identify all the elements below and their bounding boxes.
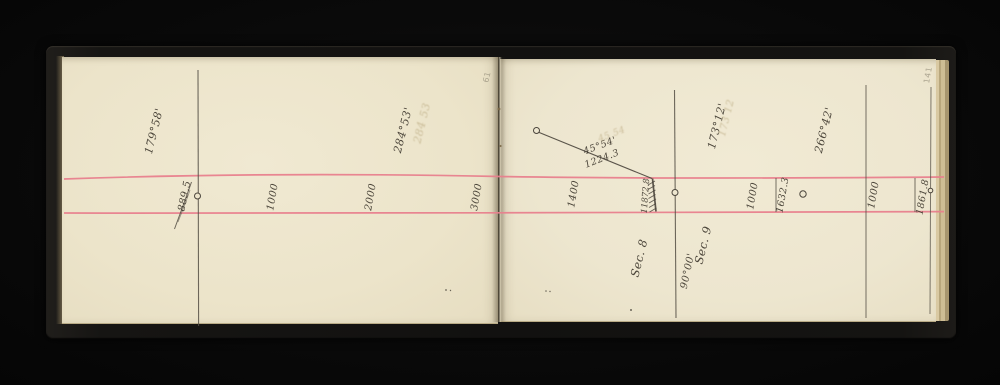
photo-scene: 179°58' 284°53' 284 53 889.5 1000 2000 3… bbox=[0, 0, 1000, 385]
ink-dots bbox=[445, 289, 632, 311]
station-circle bbox=[534, 128, 540, 134]
station-circle bbox=[195, 193, 201, 199]
station-circle bbox=[672, 190, 678, 196]
station-circle bbox=[800, 191, 806, 197]
ink-overlay bbox=[0, 0, 1000, 385]
column-rule-right-edge bbox=[930, 87, 931, 314]
paper-specks bbox=[498, 108, 502, 147]
red-rule-bottom bbox=[64, 212, 944, 214]
red-rule-top bbox=[64, 175, 944, 179]
column-rule-right-page bbox=[675, 90, 677, 318]
